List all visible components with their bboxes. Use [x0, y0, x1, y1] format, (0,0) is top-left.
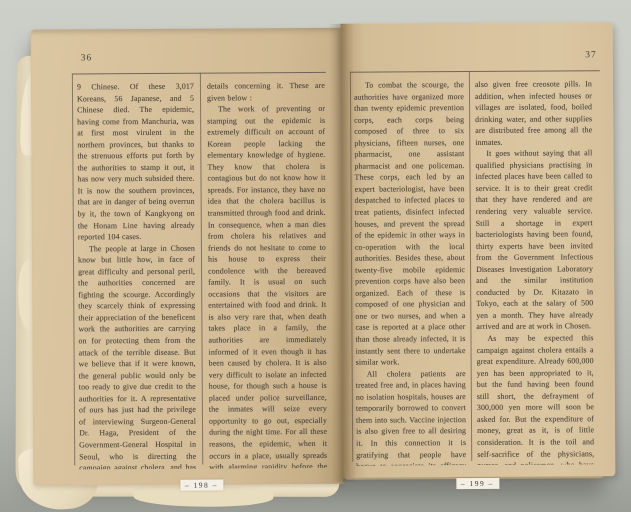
text-column: 9 Chinese. Of these 3,017 Koreans, 56 Ja…	[77, 81, 196, 470]
paragraph: All cholera patients are treated free an…	[356, 368, 467, 466]
column-divider-rule	[469, 71, 472, 461]
folio-label-right: – 199 –	[456, 478, 499, 489]
folio-row: – 198 –	[74, 474, 328, 494]
left-page: 36 9 Chinese. Of these 3,017 Koreans, 56…	[31, 28, 344, 486]
column-divider-rule	[200, 73, 203, 465]
text-column: To combat the scourge, the authorities h…	[354, 79, 466, 466]
book-gutter-shadow	[329, 24, 356, 482]
page-number-left: 36	[81, 53, 93, 63]
paragraph: 9 Chinese. Of these 3,017 Koreans, 56 Ja…	[77, 81, 195, 243]
paragraph: To combat the scourge, the authorities h…	[354, 79, 466, 368]
right-page: 37 To combat the scourge, the authoritie…	[341, 22, 616, 478]
page-number-right: 37	[585, 50, 597, 60]
photo-backdrop: 36 9 Chinese. Of these 3,017 Koreans, 56…	[0, 0, 631, 512]
text-column: details concerning it. These are given b…	[207, 80, 327, 469]
paragraph: It goes without saying that all qualifie…	[475, 148, 593, 333]
outer-column-rule	[72, 73, 75, 465]
header-rule	[72, 72, 326, 75]
paragraph: details concerning it. These are given b…	[207, 80, 325, 104]
paragraph: also given free creosote pills. In addit…	[475, 78, 592, 148]
text-column: also given free creosote pills. In addit…	[475, 78, 594, 465]
paragraph: The work of preventing or stamping out t…	[207, 103, 327, 469]
paragraph: The people at large in Chosen know but l…	[78, 242, 196, 469]
header-rule	[350, 70, 600, 73]
folio-row: – 199 –	[352, 472, 602, 492]
paragraph: As may be expected this campaign against…	[476, 332, 594, 465]
open-book: 36 9 Chinese. Of these 3,017 Koreans, 56…	[11, 16, 606, 500]
folio-label-left: – 198 –	[180, 480, 223, 491]
